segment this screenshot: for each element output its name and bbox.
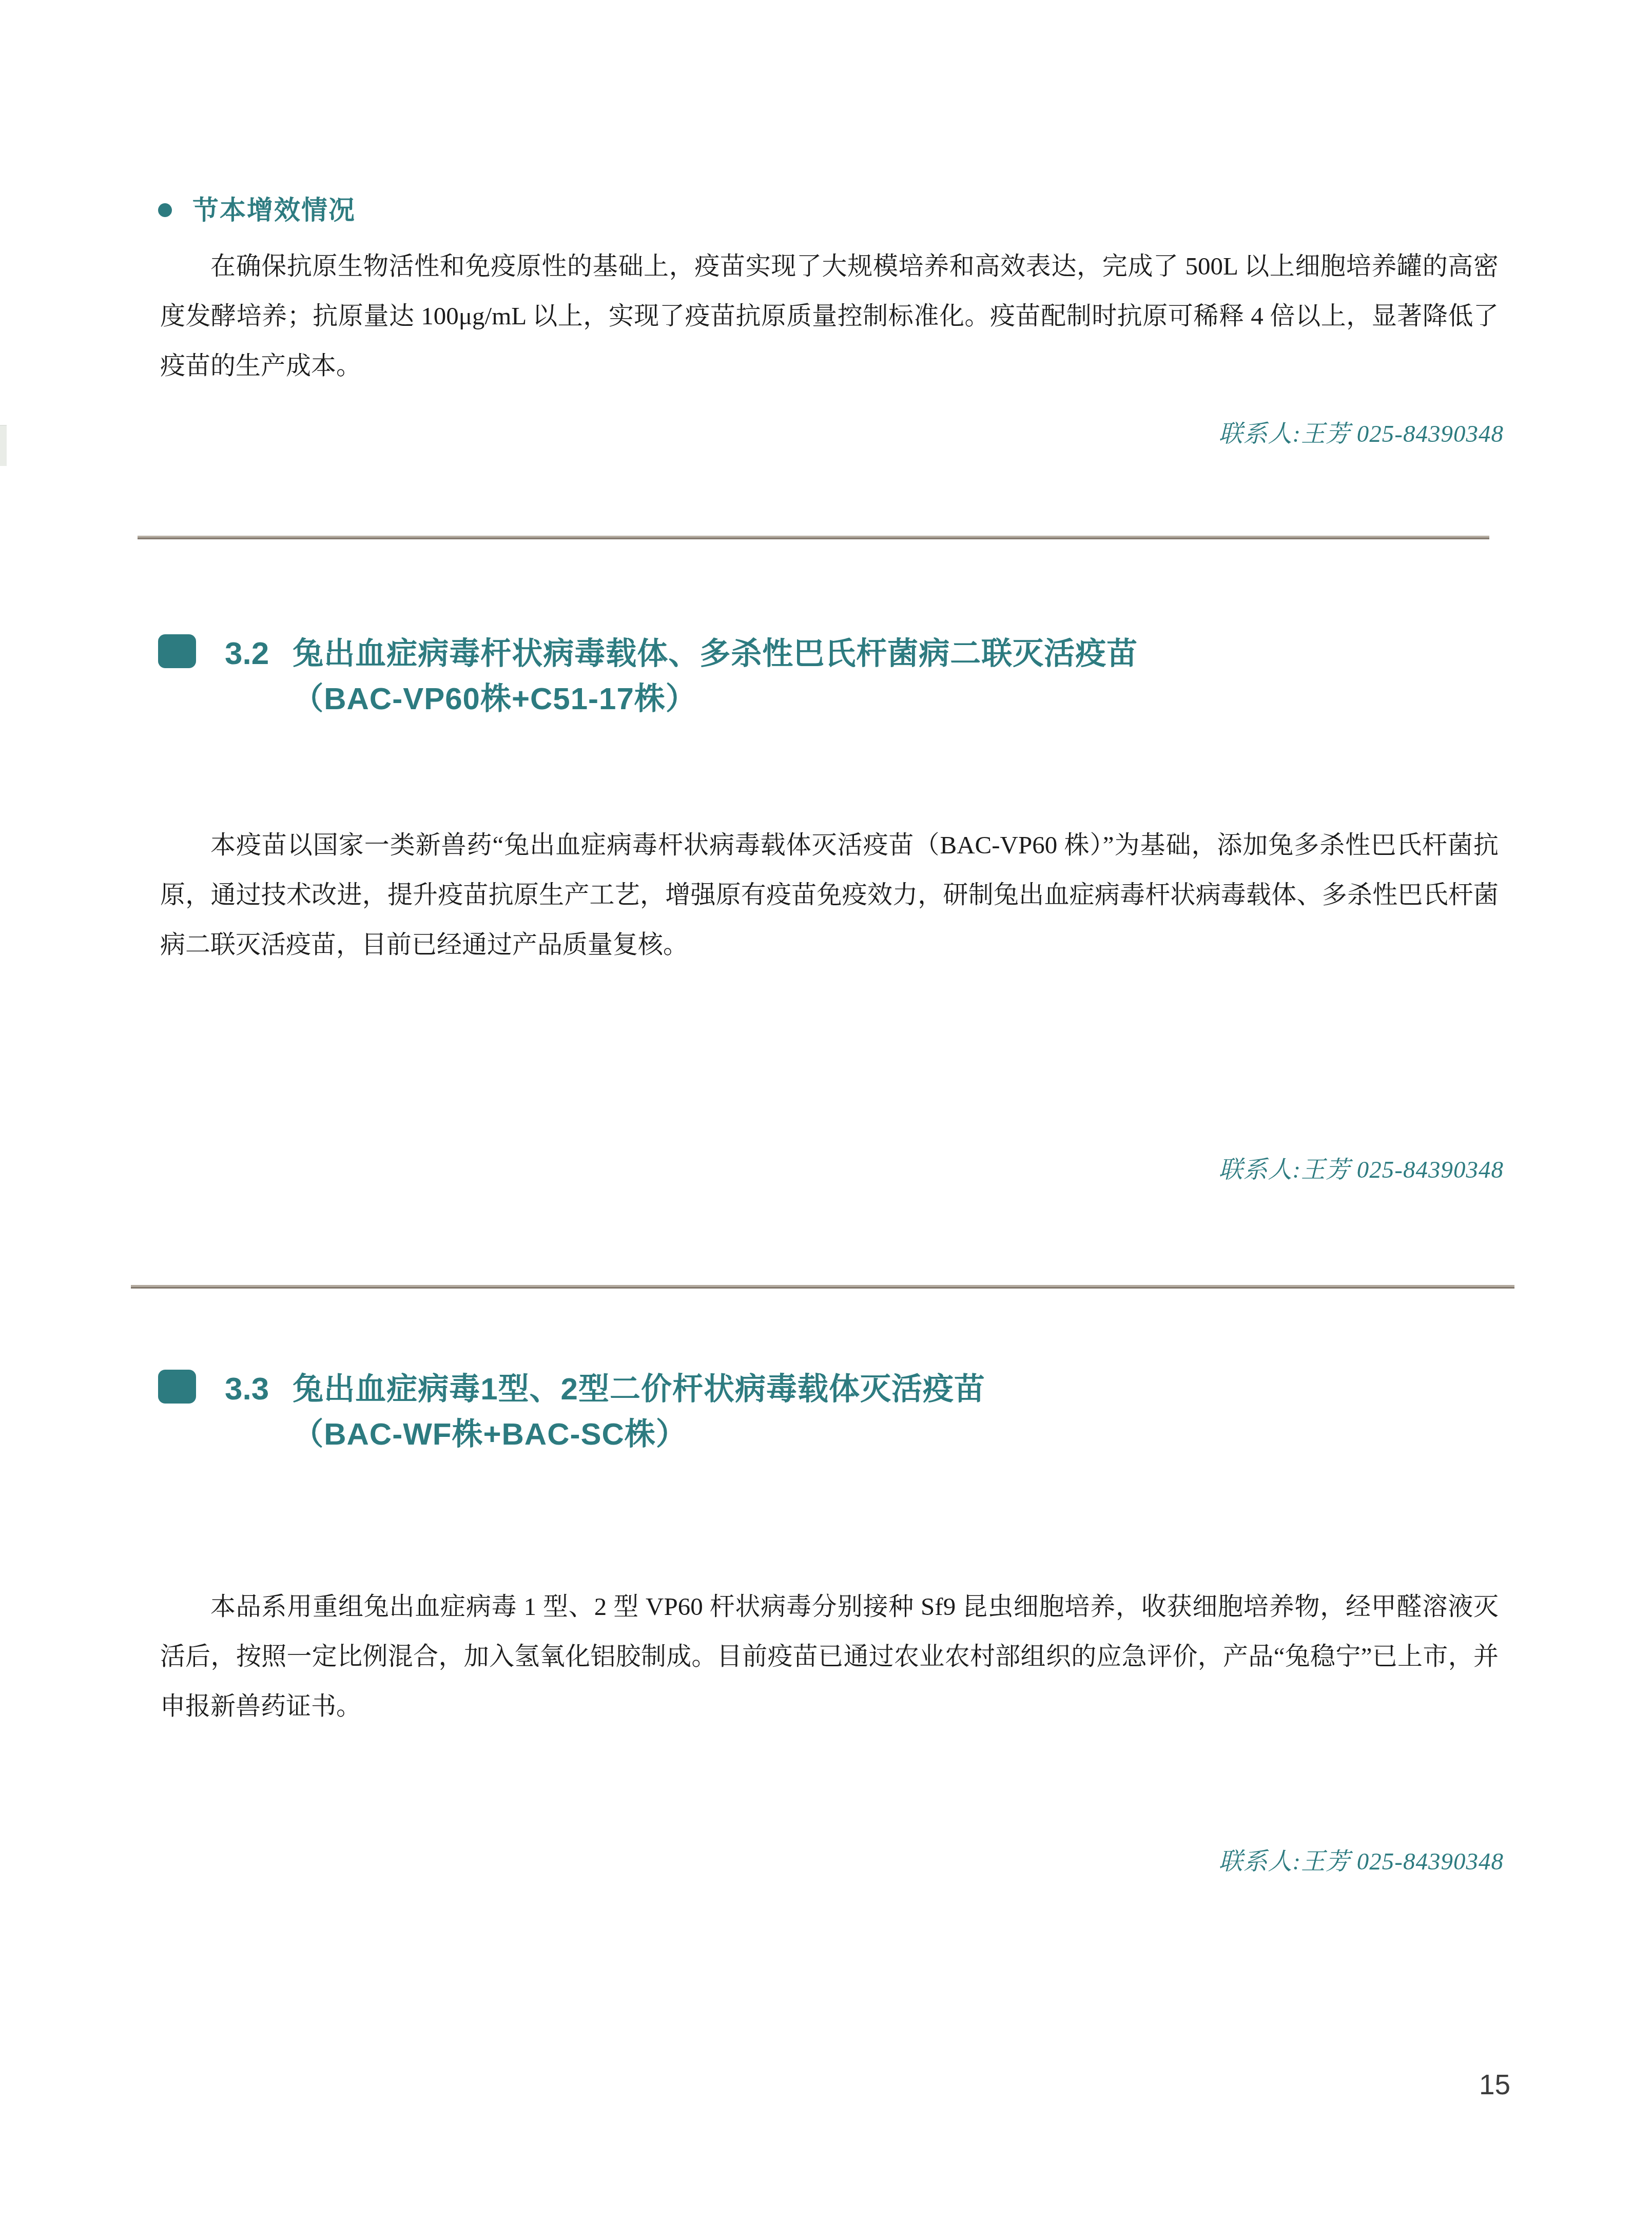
section-3-2-paragraph: 本疫苗以国家一类新兽药“兔出血症病毒杆状病毒载体灭活疫苗（BAC-VP60 株）… — [160, 820, 1499, 969]
section-title-line1: 兔出血症病毒1型、2型二价杆状病毒载体灭活疫苗 — [293, 1367, 985, 1412]
section-divider — [138, 536, 1489, 539]
section-number: 3.3 — [225, 1367, 269, 1412]
section-bullet-icon — [158, 1370, 196, 1404]
intro-heading: 节本增效情况 — [158, 197, 356, 223]
section-number: 3.2 — [225, 631, 269, 676]
section-title: 兔出血症病毒1型、2型二价杆状病毒载体灭活疫苗 （BAC-WF株+BAC-SC株… — [293, 1367, 985, 1457]
section-divider — [131, 1285, 1514, 1289]
section-bullet-icon — [158, 634, 196, 668]
section-title-line1: 兔出血症病毒杆状病毒载体、多杀性巴氏杆菌病二联灭活疫苗 — [293, 631, 1138, 676]
bullet-dot-icon — [158, 203, 172, 217]
page-number: 15 — [1479, 2068, 1510, 2101]
contact-line: 联系人:王芳 025-84390348 — [1218, 420, 1504, 449]
contact-line: 联系人:王芳 025-84390348 — [1218, 1847, 1504, 1876]
intro-paragraph: 在确保抗原生物活性和免疫原性的基础上，疫苗实现了大规模培养和高效表达，完成了 5… — [160, 241, 1499, 391]
document-page: 节本增效情况 在确保抗原生物活性和免疫原性的基础上，疫苗实现了大规模培养和高效表… — [0, 0, 1652, 2240]
section-heading-3-2: 3.2 兔出血症病毒杆状病毒载体、多杀性巴氏杆菌病二联灭活疫苗 （BAC-VP6… — [158, 631, 1138, 722]
section-title-line2: （BAC-VP60株+C51-17株） — [293, 676, 1138, 722]
section-title-line2: （BAC-WF株+BAC-SC株） — [293, 1412, 985, 1457]
section-heading-3-3: 3.3 兔出血症病毒1型、2型二价杆状病毒载体灭活疫苗 （BAC-WF株+BAC… — [158, 1367, 985, 1457]
left-edge-artifact — [0, 425, 7, 466]
intro-heading-label: 节本增效情况 — [192, 197, 356, 223]
section-3-3-paragraph: 本品系用重组兔出血症病毒 1 型、2 型 VP60 杆状病毒分别接种 Sf9 昆… — [160, 1582, 1499, 1731]
section-title: 兔出血症病毒杆状病毒载体、多杀性巴氏杆菌病二联灭活疫苗 （BAC-VP60株+C… — [293, 631, 1138, 722]
contact-line: 联系人:王芳 025-84390348 — [1218, 1156, 1504, 1184]
